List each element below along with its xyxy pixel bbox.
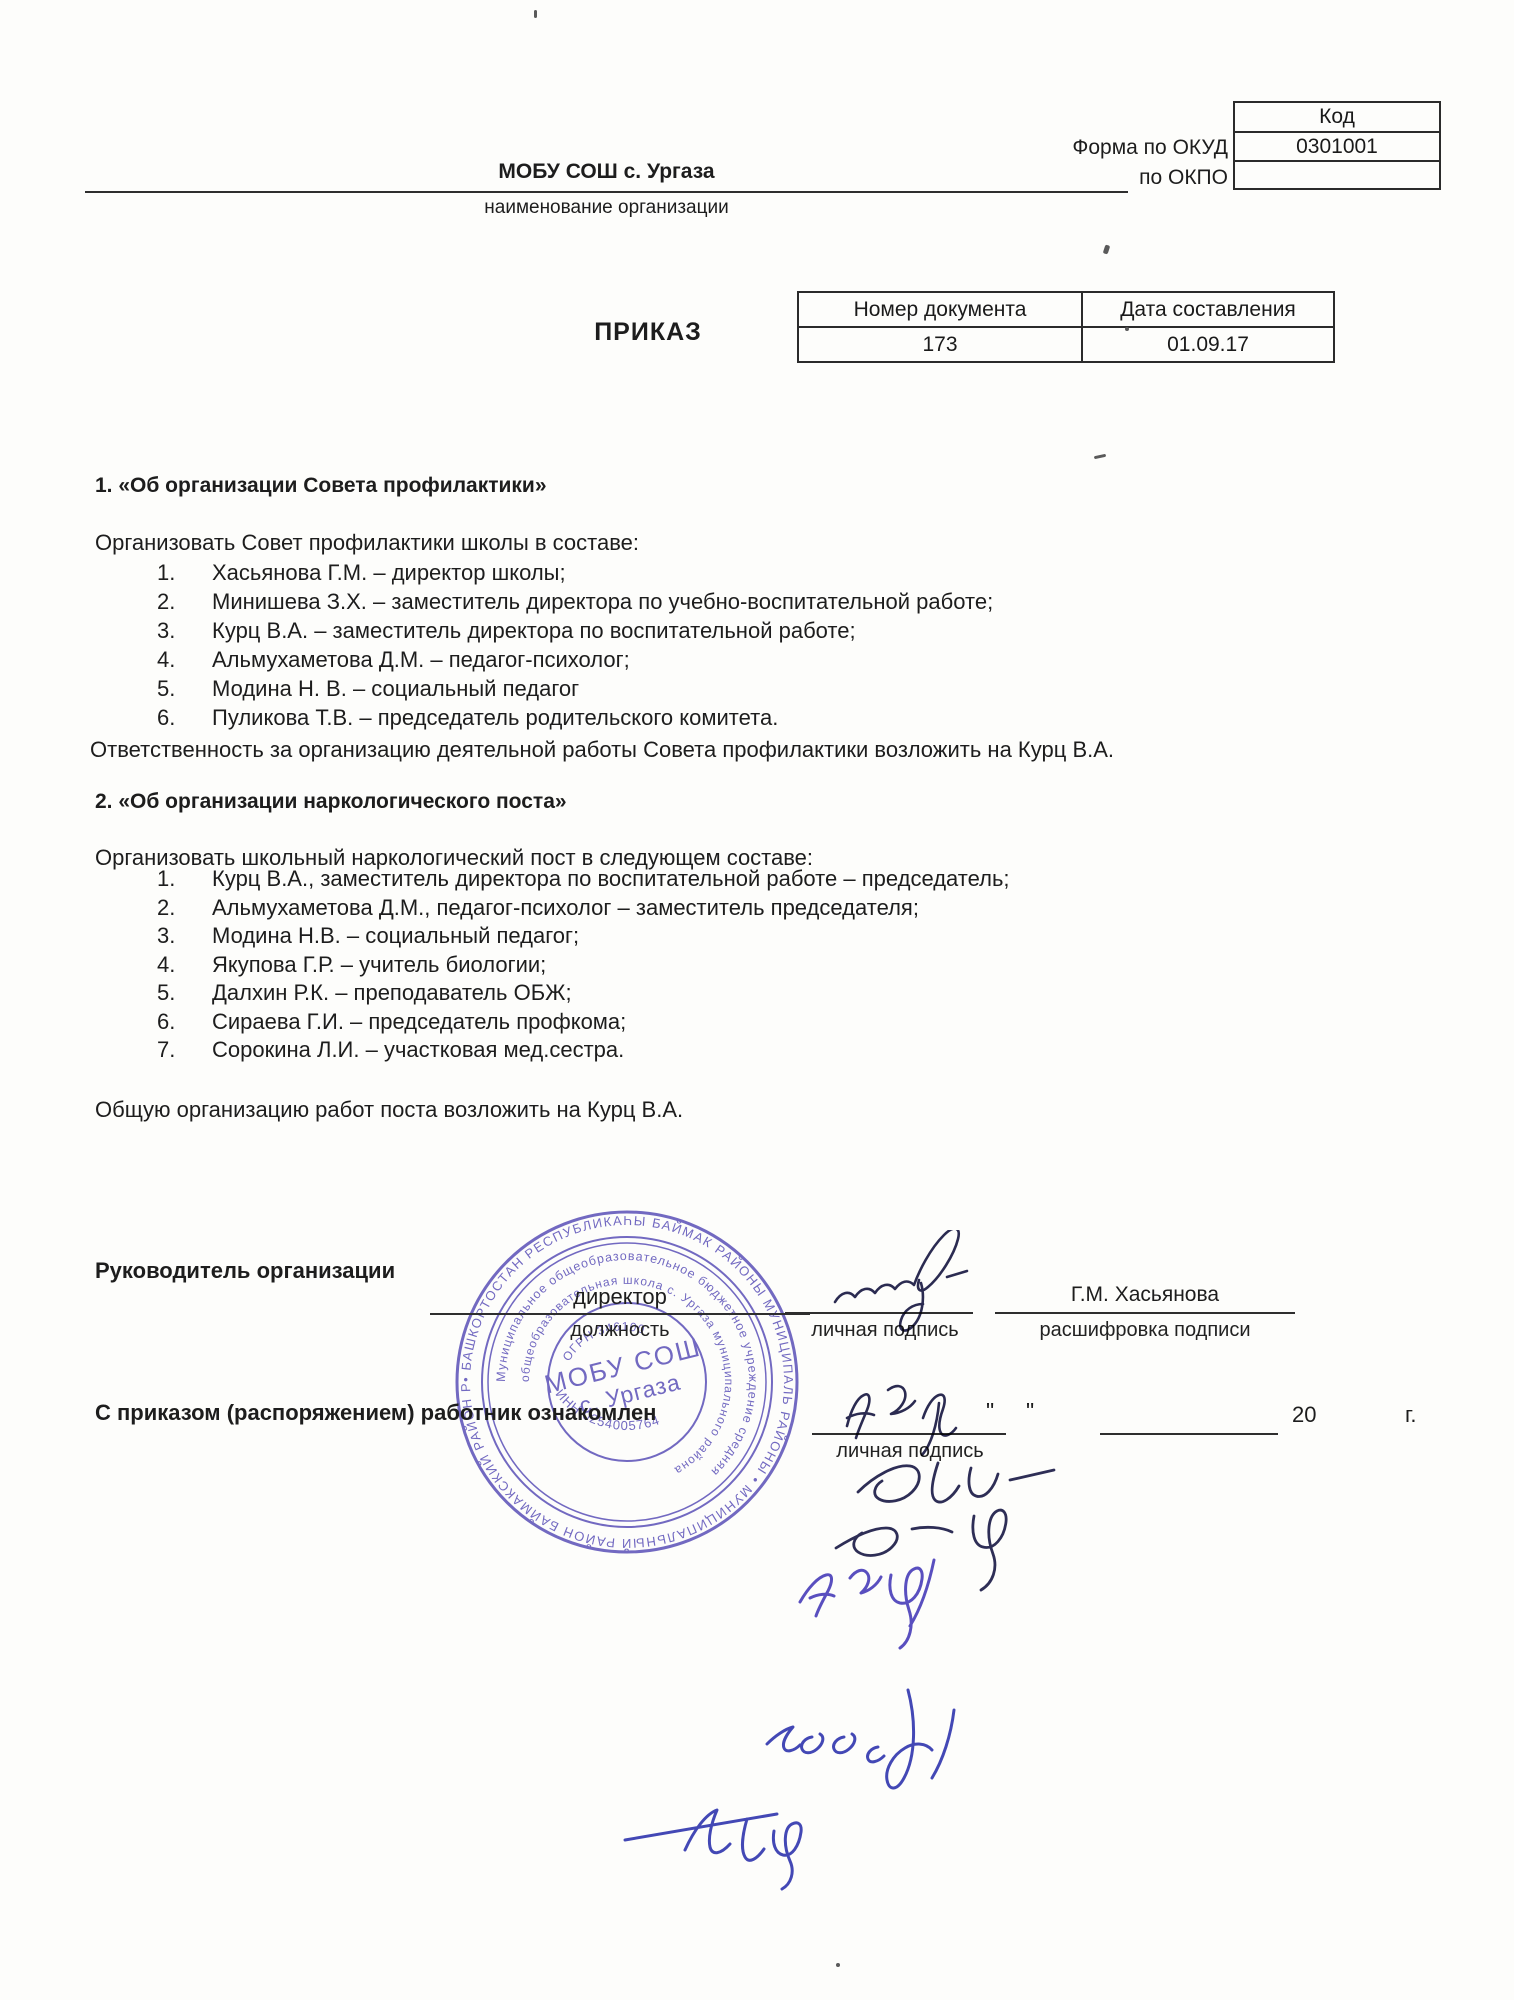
date-quote-close: " (1026, 1398, 1034, 1425)
signature-employee-2 (836, 1510, 1006, 1590)
list-item-number: 5. (157, 676, 212, 702)
list-item-number: 2. (157, 589, 212, 615)
signature-employee-5 (625, 1810, 801, 1889)
form-code-table: Код 0301001 (1233, 101, 1441, 190)
signature-employee-4 (767, 1690, 954, 1788)
section1-outro: Ответственность за организацию деятельно… (90, 737, 1114, 763)
list-item: 2.Альмухаметова Д.М., педагог-психолог –… (157, 895, 919, 921)
list-item-text: Минишева З.Х. – заместитель директора по… (212, 589, 993, 614)
transcript-line (995, 1312, 1295, 1314)
date-blank-line (1100, 1433, 1278, 1435)
list-item-text: Курц В.А., заместитель директора по восп… (212, 866, 1010, 891)
list-item-text: Якупова Г.Р. – учитель биологии; (212, 952, 546, 977)
list-item-number: 2. (157, 895, 212, 921)
order-number-table: Номер документа Дата составления 173 01.… (797, 291, 1335, 363)
okud-code-value: 0301001 (1234, 132, 1440, 161)
scan-artifact (836, 1963, 840, 1967)
stamp-outer-ring-text: • БАШКОРТОСТАН РЕСПУБЛИКАҺЫ БАЙМАК РАЙОН… (447, 1202, 796, 1551)
signature-employee-1 (858, 1463, 1054, 1502)
position-caption: должность (450, 1319, 790, 1342)
personal-signature-line (785, 1312, 973, 1314)
list-item-text: Пуликова Т.В. – председатель родительско… (212, 705, 778, 730)
ack-signature-line (812, 1433, 1006, 1435)
transcript-caption: расшифровка подписи (995, 1319, 1295, 1342)
list-item: 1.Курц В.А., заместитель директора по во… (157, 866, 1010, 892)
order-number-header: Номер документа (798, 292, 1082, 327)
official-round-stamp: • БАШКОРТОСТАН РЕСПУБЛИКАҺЫ БАЙМАК РАЙОН… (447, 1202, 807, 1562)
order-date-value: 01.09.17 (1082, 327, 1334, 362)
order-date-header: Дата составления (1082, 292, 1334, 327)
list-item: 2.Минишева З.Х. – заместитель директора … (157, 589, 993, 615)
section2-outro: Общую организацию работ поста возложить … (95, 1097, 683, 1123)
code-table-header: Код (1234, 102, 1440, 132)
list-item-number: 5. (157, 980, 212, 1006)
scan-artifact (1125, 327, 1129, 331)
list-item-text: Далхин Р.К. – преподаватель ОБЖ; (212, 980, 572, 1005)
okud-form-label: Форма по ОКУД (1072, 136, 1228, 160)
section2-heading: 2. «Об организации наркологического пост… (95, 790, 567, 814)
list-item-number: 4. (157, 952, 212, 978)
okpo-form-label: по ОКПО (1139, 166, 1228, 190)
list-item: 4.Альмухаметова Д.М. – педагог-психолог; (157, 647, 630, 673)
signature-employee-3 (800, 1560, 934, 1648)
year-suffix: г. (1405, 1402, 1416, 1428)
section1-heading: 1. «Об организации Совета профилактики» (95, 474, 547, 498)
personal-signature-caption: личная подпись (780, 1319, 990, 1342)
list-item-text: Хасьянова Г.М. – директор школы; (212, 560, 566, 585)
okpo-code-value (1234, 161, 1440, 189)
list-item: 5.Модина Н. В. – социальный педагог (157, 676, 579, 702)
stamp-rings (457, 1212, 797, 1552)
position-value: директор (450, 1284, 790, 1310)
list-item: 3.Модина Н.В. – социальный педагог; (157, 923, 579, 949)
signature-director (835, 1230, 967, 1331)
head-of-organization-label: Руководитель организации (95, 1258, 395, 1284)
list-item-number: 3. (157, 923, 212, 949)
organization-name-underline (85, 191, 1128, 193)
list-item-number: 1. (157, 866, 212, 892)
list-item-text: Альмухаметова Д.М. – педагог-психолог; (212, 647, 630, 672)
position-line (430, 1313, 810, 1315)
order-number-value: 173 (798, 327, 1082, 362)
organization-name: МОБУ СОШ с. Ургаза (85, 160, 1128, 184)
list-item-text: Сорокина Л.И. – участковая мед.сестра. (212, 1037, 624, 1062)
list-item-text: Сираева Г.И. – председатель профкома; (212, 1009, 626, 1034)
list-item-text: Альмухаметова Д.М., педагог-психолог – з… (212, 895, 919, 920)
list-item: 5.Далхин Р.К. – преподаватель ОБЖ; (157, 980, 572, 1006)
list-item-number: 3. (157, 618, 212, 644)
list-item: 4.Якупова Г.Р. – учитель биологии; (157, 952, 546, 978)
list-item-number: 7. (157, 1037, 212, 1063)
list-item: 6.Пуликова Т.В. – председатель родительс… (157, 705, 778, 731)
acknowledged-label: С приказом (распоряжением) работник озна… (95, 1400, 656, 1426)
scan-artifact (1103, 244, 1111, 254)
list-item-number: 4. (157, 647, 212, 673)
list-item-text: Модина Н.В. – социальный педагог; (212, 923, 579, 948)
list-item-text: Курц В.А. – заместитель директора по вос… (212, 618, 856, 643)
scanned-order-document: Форма по ОКУД по ОКПО Код 0301001 МОБУ С… (0, 0, 1514, 2000)
section1-intro: Организовать Совет профилактики школы в … (95, 530, 639, 556)
list-item-number: 1. (157, 560, 212, 586)
list-item: 7.Сорокина Л.И. – участковая мед.сестра. (157, 1037, 624, 1063)
year-prefix: 20 (1292, 1402, 1316, 1428)
organization-name-caption: наименование организации (85, 197, 1128, 219)
list-item: 3.Курц В.А. – заместитель директора по в… (157, 618, 856, 644)
date-quote-open: " (986, 1398, 994, 1425)
list-item-number: 6. (157, 705, 212, 731)
list-item-text: Модина Н. В. – социальный педагог (212, 676, 579, 701)
scan-artifact (534, 10, 537, 18)
order-title: ПРИКАЗ (528, 318, 768, 347)
scan-artifact (1094, 454, 1106, 459)
list-item: 6.Сираева Г.И. – председатель профкома; (157, 1009, 626, 1035)
list-item: 1.Хасьянова Г.М. – директор школы; (157, 560, 566, 586)
signature-transcript-value: Г.М. Хасьянова (995, 1283, 1295, 1307)
ack-signature-caption: личная подпись (800, 1440, 1020, 1463)
list-item-number: 6. (157, 1009, 212, 1035)
